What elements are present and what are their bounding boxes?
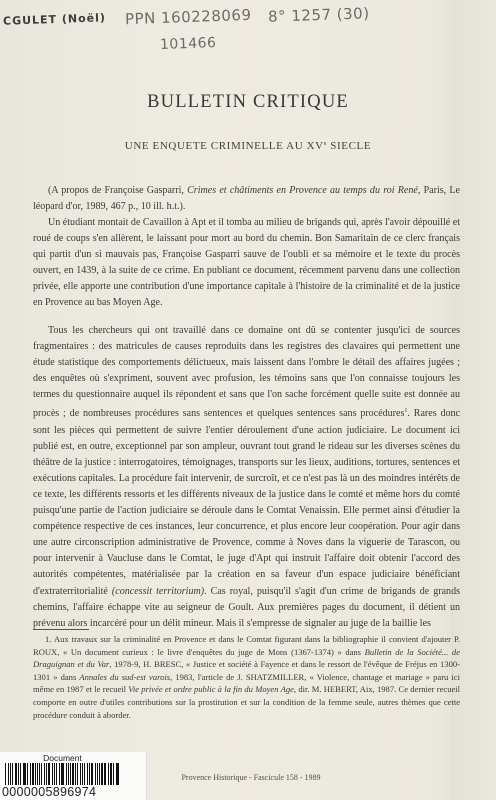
article-title: UNE ENQUETE CRIMINELLE AU XVe SIECLE <box>0 140 496 152</box>
barcode-number: 0000005896974 <box>2 785 96 799</box>
footnote-separator <box>33 629 89 630</box>
scanned-page: CGULET (Noël) PPN 160228069 8° 1257 (30)… <box>0 0 496 800</box>
handwritten-call-number: 8° 1257 (30) <box>268 4 370 26</box>
barcode-label: Document 0000005896974 <box>0 752 147 800</box>
footnote-1: 1. Aux travaux sur la criminalité en Pro… <box>33 633 460 721</box>
handwritten-author-note: CGULET (Noël) <box>3 11 106 28</box>
paragraph-1: Un étudiant montait de Cavaillon à Apt e… <box>33 215 460 312</box>
barcode-label-title: Document <box>0 753 125 763</box>
handwritten-inventory-number: 101466 <box>160 35 217 53</box>
section-title: BULLETIN CRITIQUE <box>0 92 496 113</box>
paragraph-2: Tous les chercheurs qui ont travaillé da… <box>33 323 460 632</box>
handwritten-ppn: PPN 160228069 <box>125 6 252 28</box>
book-title: Crimes et châtiments en Provence au temp… <box>187 185 418 196</box>
book-reference: (A propos de Françoise Gasparri, Crimes … <box>33 183 460 215</box>
barcode-icon <box>5 763 120 785</box>
